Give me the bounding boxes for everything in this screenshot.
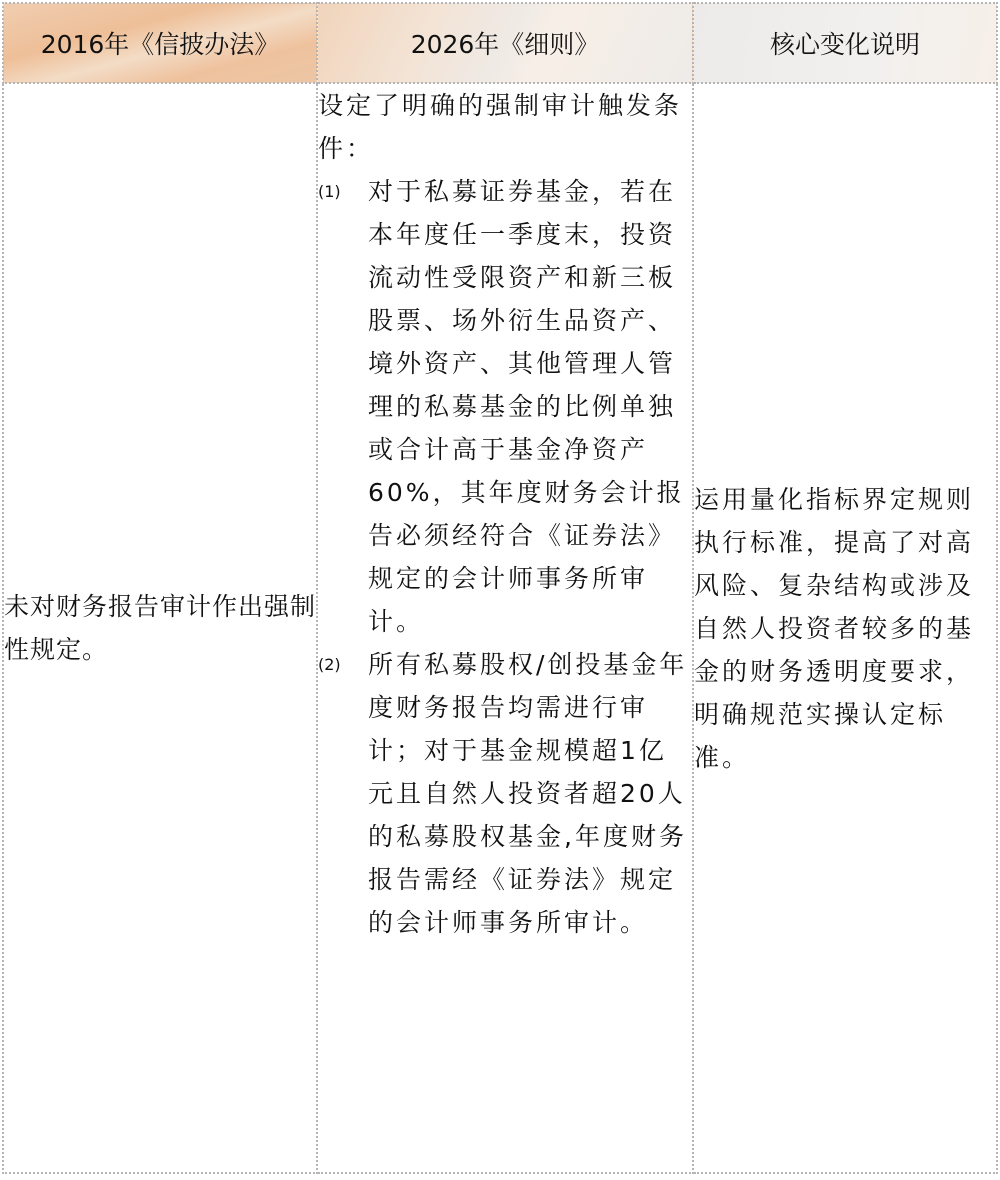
- list-item: (2) 所有私募股权/创投基金年度财务报告均需进行审计；对于基金规模超1亿元且自…: [318, 643, 692, 944]
- header-2016-rules: 2016年《信披办法》: [3, 3, 317, 83]
- list-item-text: 对于私募证券基金，若在本年度任一季度末，投资流动性受限资产和新三板股票、场外衍生…: [368, 170, 692, 643]
- cell-change-note: 运用量化指标界定规则执行标准，提高了对高风险、复杂结构或涉及自然人投资者较多的基…: [693, 83, 997, 1173]
- table-row: 未对财务报告审计作出强制性规定。 设定了明确的强制审计触发条件： (1) 对于私…: [3, 83, 997, 1173]
- comparison-table: 2016年《信披办法》 2026年《细则》 核心变化说明 未对财务报告审计作出强…: [2, 2, 998, 1174]
- list-item: (1) 对于私募证券基金，若在本年度任一季度末，投资流动性受限资产和新三板股票、…: [318, 170, 692, 643]
- new-rule-intro: 设定了明确的强制审计触发条件：: [318, 84, 692, 170]
- header-2026-rules: 2026年《细则》: [317, 3, 693, 83]
- list-marker: (2): [318, 643, 368, 686]
- list-item-text: 所有私募股权/创投基金年度财务报告均需进行审计；对于基金规模超1亿元且自然人投资…: [368, 643, 692, 944]
- list-marker: (1): [318, 170, 368, 213]
- cell-new-rule: 设定了明确的强制审计触发条件： (1) 对于私募证券基金，若在本年度任一季度末，…: [317, 83, 693, 1173]
- header-row: 2016年《信披办法》 2026年《细则》 核心变化说明: [3, 3, 997, 83]
- cell-old-rule: 未对财务报告审计作出强制性规定。: [3, 83, 317, 1173]
- header-core-change: 核心变化说明: [693, 3, 997, 83]
